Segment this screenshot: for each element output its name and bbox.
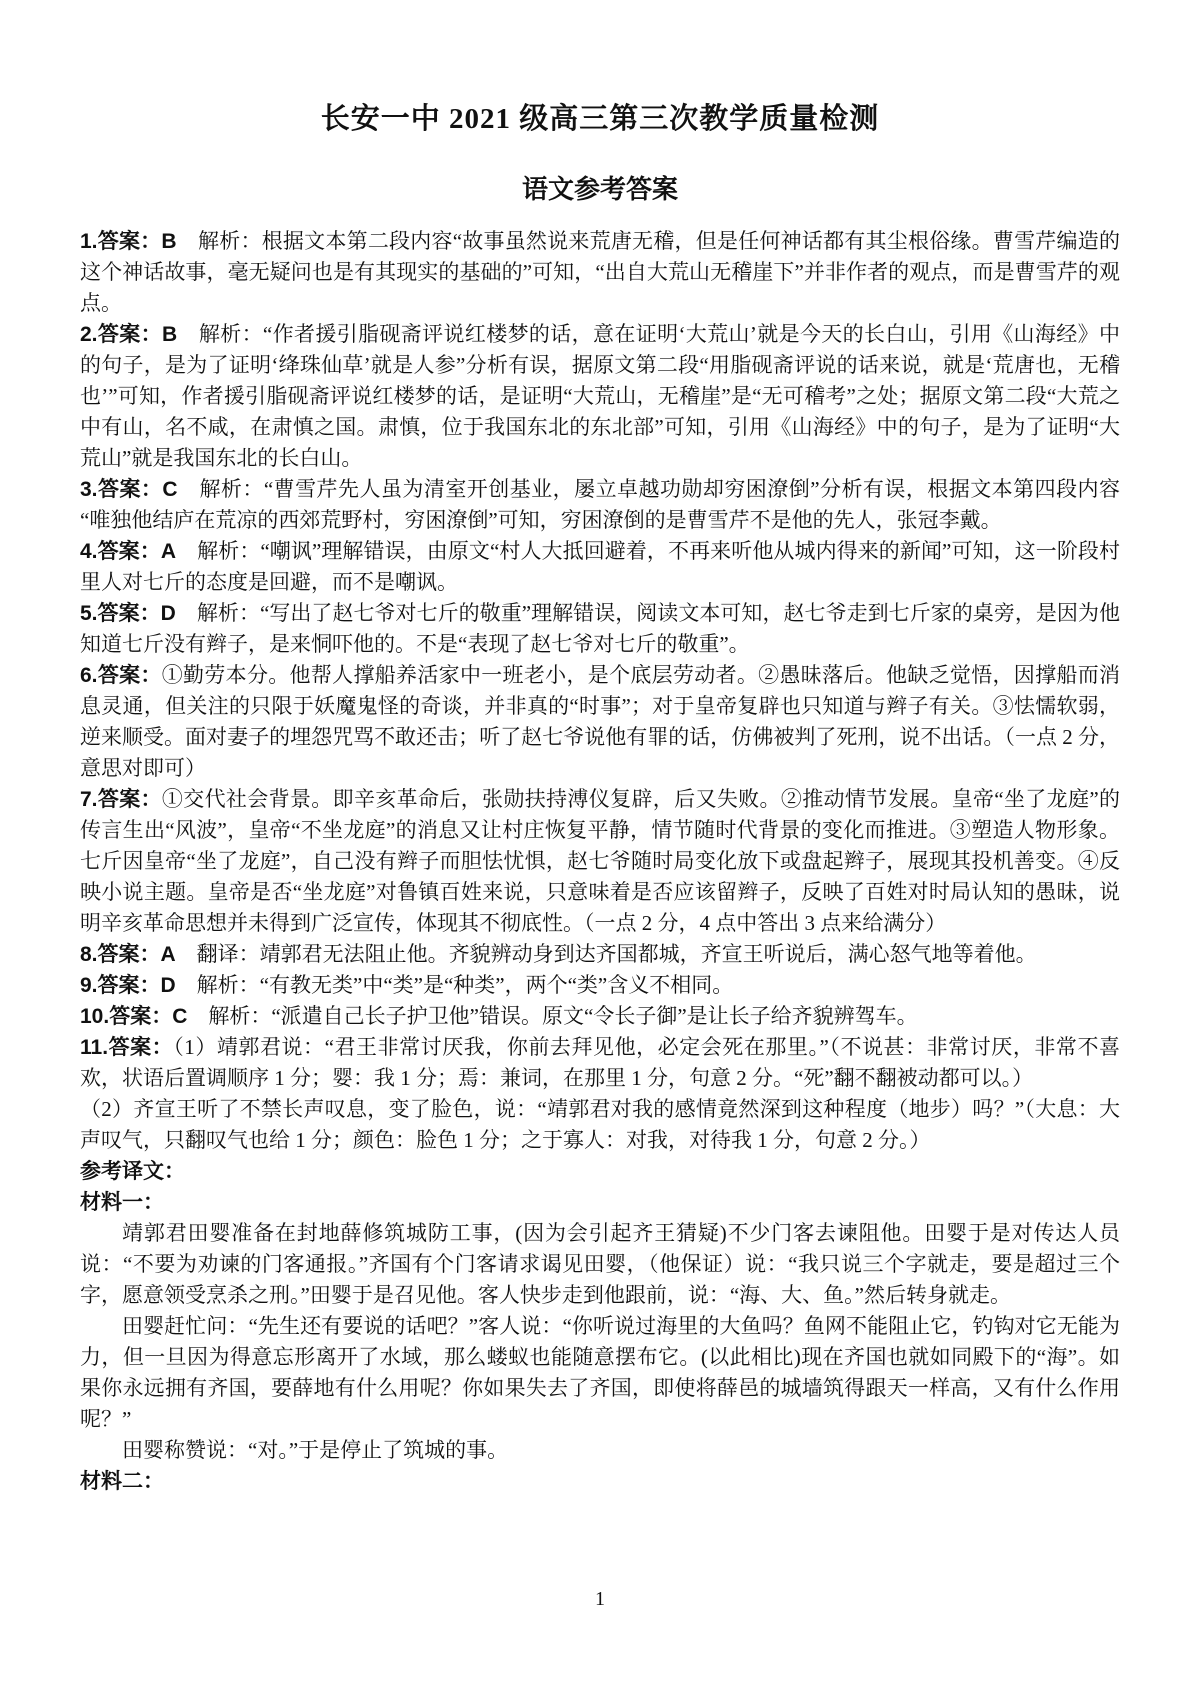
document-page: 长安一中 2021 级高三第三次教学质量检测 语文参考答案 1.答案：B 解析：…	[0, 0, 1200, 1698]
answer-5: 5.答案：D 解析：“写出了赵七爷对七斤的敬重”理解错误，阅读文本可知，赵七爷走…	[80, 598, 1120, 660]
material-1-paragraph-1: 靖郭君田婴准备在封地薛修筑城防工事，(因为会引起齐王猜疑)不少门客去谏阻他。田婴…	[80, 1218, 1120, 1311]
answer-11-part2: （2）齐宣王听了不禁长声叹息，变了脸色，说：“靖郭君对我的感情竟然深到这种程度（…	[80, 1094, 1120, 1156]
answer-2: 2.答案：B 解析：“作者援引脂砚斋评说红楼梦的话，意在证明‘大荒山’就是今天的…	[80, 319, 1120, 474]
material-1-paragraph-2: 田婴赶忙问：“先生还有要说的话吧？”客人说：“你听说过海里的大鱼吗？鱼网不能阻止…	[80, 1311, 1120, 1435]
document-body: 1.答案：B 解析：根据文本第二段内容“故事虽然说来荒唐无稽，但是任何神话都有其…	[80, 226, 1120, 1497]
answer-11-part1: 11.答案：（1）靖郭君说：“君王非常讨厌我，你前去拜见他，必定会死在那里。”（…	[80, 1032, 1120, 1094]
answer-3: 3.答案：C 解析：“曹雪芹先人虽为清室开创基业，屡立卓越功勋却穷困潦倒”分析有…	[80, 474, 1120, 536]
answer-10: 10.答案：C 解析：“派遣自己长子护卫他”错误。原文“令长子御”是让长子给齐貌…	[80, 1001, 1120, 1032]
material-2-heading: 材料二：	[80, 1466, 1120, 1497]
reference-translation-heading: 参考译文：	[80, 1156, 1120, 1187]
answer-8: 8.答案：A 翻译：靖郭君无法阻止他。齐貌辨动身到达齐国都城，齐宣王听说后，满心…	[80, 939, 1120, 970]
material-1-paragraph-3: 田婴称赞说：“对。”于是停止了筑城的事。	[80, 1435, 1120, 1466]
answer-9: 9.答案：D 解析：“有教无类”中“类”是“种类”，两个“类”含义不相同。	[80, 970, 1120, 1001]
page-subtitle: 语文参考答案	[80, 169, 1120, 206]
page-title: 长安一中 2021 级高三第三次教学质量检测	[80, 96, 1120, 137]
answer-7: 7.答案：①交代社会背景。即辛亥革命后，张勋扶持溥仪复辟，后又失败。②推动情节发…	[80, 784, 1120, 939]
material-1-heading: 材料一：	[80, 1187, 1120, 1218]
answer-4: 4.答案：A 解析：“嘲讽”理解错误，由原文“村人大抵回避着，不再来听他从城内得…	[80, 536, 1120, 598]
page-number: 1	[0, 1588, 1200, 1611]
answer-6: 6.答案：①勤劳本分。他帮人撑船养活家中一班老小，是个底层劳动者。②愚昧落后。他…	[80, 660, 1120, 784]
answer-1: 1.答案：B 解析：根据文本第二段内容“故事虽然说来荒唐无稽，但是任何神话都有其…	[80, 226, 1120, 319]
